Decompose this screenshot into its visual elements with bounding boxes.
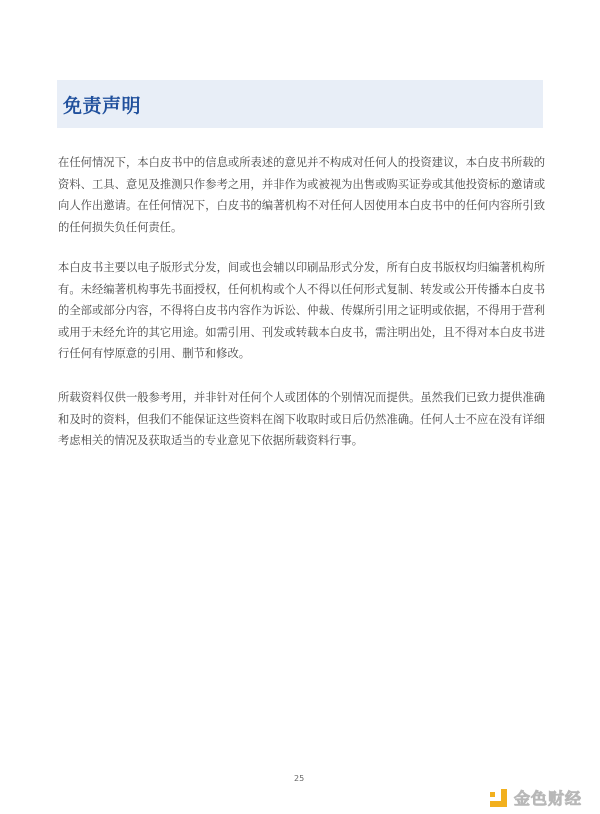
paragraph-1: 在任何情况下，本白皮书中的信息或所表述的意见并不构成对任何人的投资建议，本白皮书… (58, 152, 545, 238)
brand-watermark: 金色财经 (489, 786, 582, 809)
paragraph-3: 所载资料仅供一般参考用，并非针对任何个人或团体的个别情况而提供。虽然我们已致力提… (58, 387, 545, 452)
page-number: 25 (294, 774, 304, 783)
brand-name: 金色财经 (514, 786, 582, 809)
jinse-logo-icon (489, 788, 509, 808)
page-title: 免责声明 (63, 91, 141, 118)
title-band: 免责声明 (57, 80, 543, 128)
paragraph-2: 本白皮书主要以电子版形式分发，间或也会辅以印刷品形式分发，所有白皮书版权均归编著… (58, 257, 545, 365)
